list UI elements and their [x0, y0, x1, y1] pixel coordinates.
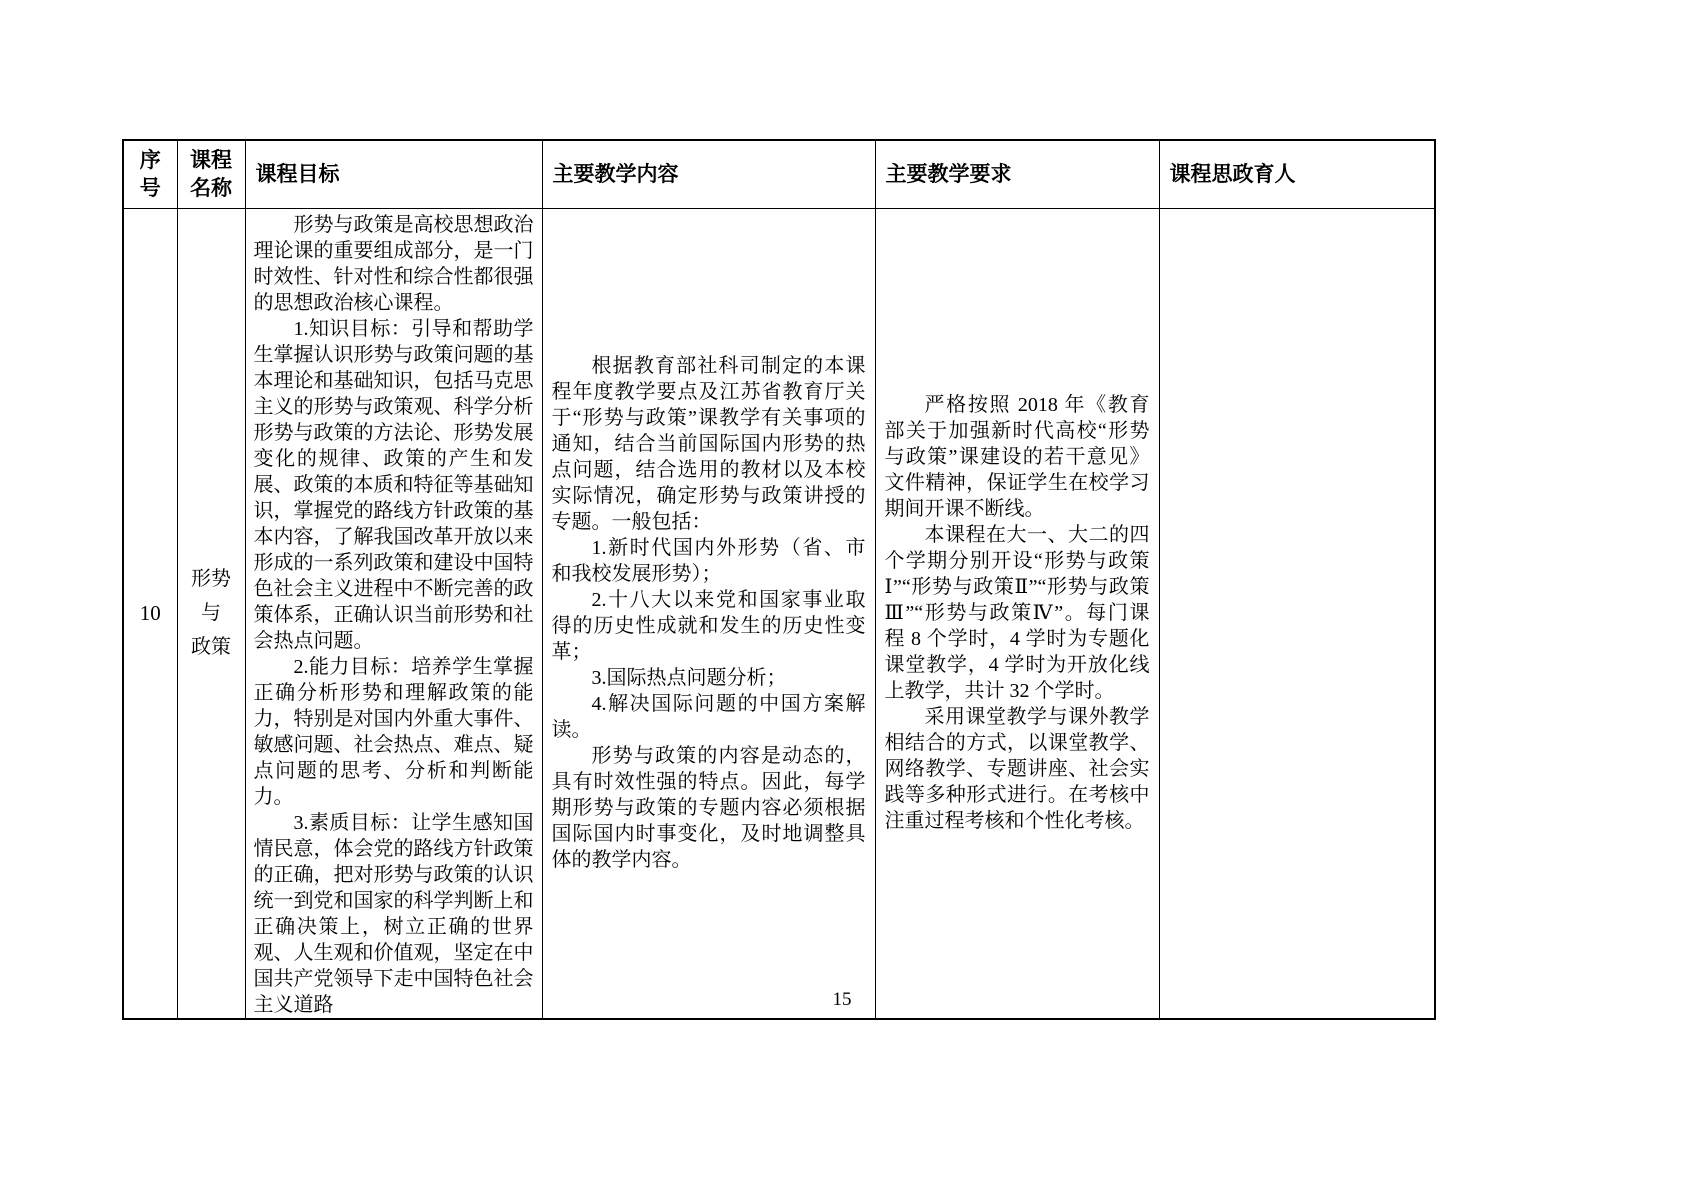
cell-no: 10: [123, 208, 177, 1019]
course-name-line: 政策: [179, 630, 244, 664]
objectives-paragraph: 1.知识目标：引导和帮助学生掌握认识形势与政策问题的基本理论和基础知识，包括马克…: [254, 316, 534, 654]
requirements-paragraph: 本课程在大一、大二的四个学期分别开设“形势与政策Ⅰ”“形势与政策Ⅱ”“形势与政策…: [885, 522, 1150, 704]
content-paragraph: 3.国际热点问题分析；: [552, 665, 866, 691]
content-paragraph: 1.新时代国内外形势（省、市和我校发展形势）；: [552, 535, 866, 587]
table-row: 10 形势 与 政策 形势与政策是高校思想政治理论课的重要组成部分，是一门时效性…: [123, 208, 1435, 1019]
header-course-name: 课程名称: [177, 140, 245, 208]
cell-objectives: 形势与政策是高校思想政治理论课的重要组成部分，是一门时效性、针对性和综合性都很强…: [245, 208, 542, 1019]
objectives-paragraph: 3.素质目标：让学生感知国情民意，体会党的路线方针政策的正确，把对形势与政策的认…: [254, 810, 534, 1018]
requirements-paragraph: 采用课堂教学与课外教学相结合的方式，以课堂教学、网络教学、专题讲座、社会实践等多…: [885, 704, 1150, 834]
course-name-line: 形势: [179, 562, 244, 596]
content-paragraph: 形势与政策的内容是动态的，具有时效性强的特点。因此，每学期形势与政策的专题内容必…: [552, 743, 866, 873]
course-table: 序号 课程名称 课程目标 主要教学内容 主要教学要求 课程思政育人 10 形势 …: [122, 139, 1436, 1020]
header-ideology: 课程思政育人: [1159, 140, 1435, 208]
header-content: 主要教学内容: [542, 140, 875, 208]
content-paragraph: 根据教育部社科司制定的本课程年度教学要点及江苏省教育厅关于“形势与政策”课教学有…: [552, 353, 866, 535]
header-objectives: 课程目标: [245, 140, 542, 208]
cell-content: 根据教育部社科司制定的本课程年度教学要点及江苏省教育厅关于“形势与政策”课教学有…: [542, 208, 875, 1019]
content-paragraph: 4.解决国际问题的中国方案解读。: [552, 691, 866, 743]
table-header-row: 序号 课程名称 课程目标 主要教学内容 主要教学要求 课程思政育人: [123, 140, 1435, 208]
objectives-paragraph: 2.能力目标：培养学生掌握正确分析形势和理解政策的能力，特别是对国内外重大事件、…: [254, 654, 534, 810]
cell-course-name: 形势 与 政策: [177, 208, 245, 1019]
header-no: 序号: [123, 140, 177, 208]
cell-ideology: [1159, 208, 1435, 1019]
objectives-paragraph: 形势与政策是高校思想政治理论课的重要组成部分，是一门时效性、针对性和综合性都很强…: [254, 212, 534, 316]
cell-requirements: 严格按照 2018 年《教育部关于加强新时代高校“形势与政策”课建设的若干意见》…: [875, 208, 1159, 1019]
page-number: 15: [0, 988, 1684, 1012]
header-requirements: 主要教学要求: [875, 140, 1159, 208]
course-name-line: 与: [179, 596, 244, 630]
requirements-paragraph: 严格按照 2018 年《教育部关于加强新时代高校“形势与政策”课建设的若干意见》…: [885, 392, 1150, 522]
content-paragraph: 2.十八大以来党和国家事业取得的历史性成就和发生的历史性变革；: [552, 587, 866, 665]
document-page: 序号 课程名称 课程目标 主要教学内容 主要教学要求 课程思政育人 10 形势 …: [0, 0, 1684, 1191]
